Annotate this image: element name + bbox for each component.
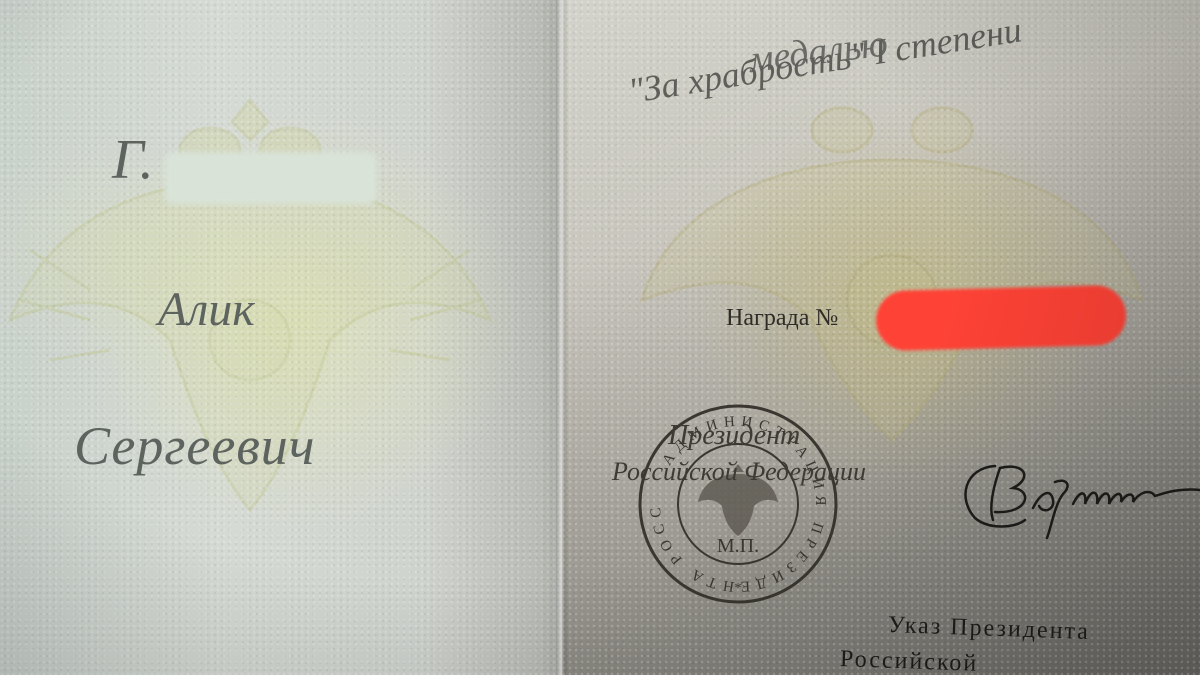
first-name: Алик [158,282,255,337]
left-page: Г. Алик Сергеевич [0,0,562,675]
coat-of-arms-watermark-icon [0,40,510,560]
patronymic: Сергеевич [74,415,316,477]
decree-line-2: Российской [840,646,979,675]
award-number-redaction [875,285,1126,352]
surname-initial: Г. [112,128,154,192]
signature-icon [955,448,1200,540]
coat-of-arms-watermark-icon [632,70,1152,450]
booklet-spine [556,0,568,675]
svg-text:*: * [735,581,742,596]
signatory-title-line-2: Российской Федерации [612,457,866,487]
surname-redaction [165,152,377,204]
award-number-label: Награда № [726,305,838,332]
svg-text:М.П.: М.П. [717,535,759,557]
signatory-title-line-1: Президент [668,420,800,452]
